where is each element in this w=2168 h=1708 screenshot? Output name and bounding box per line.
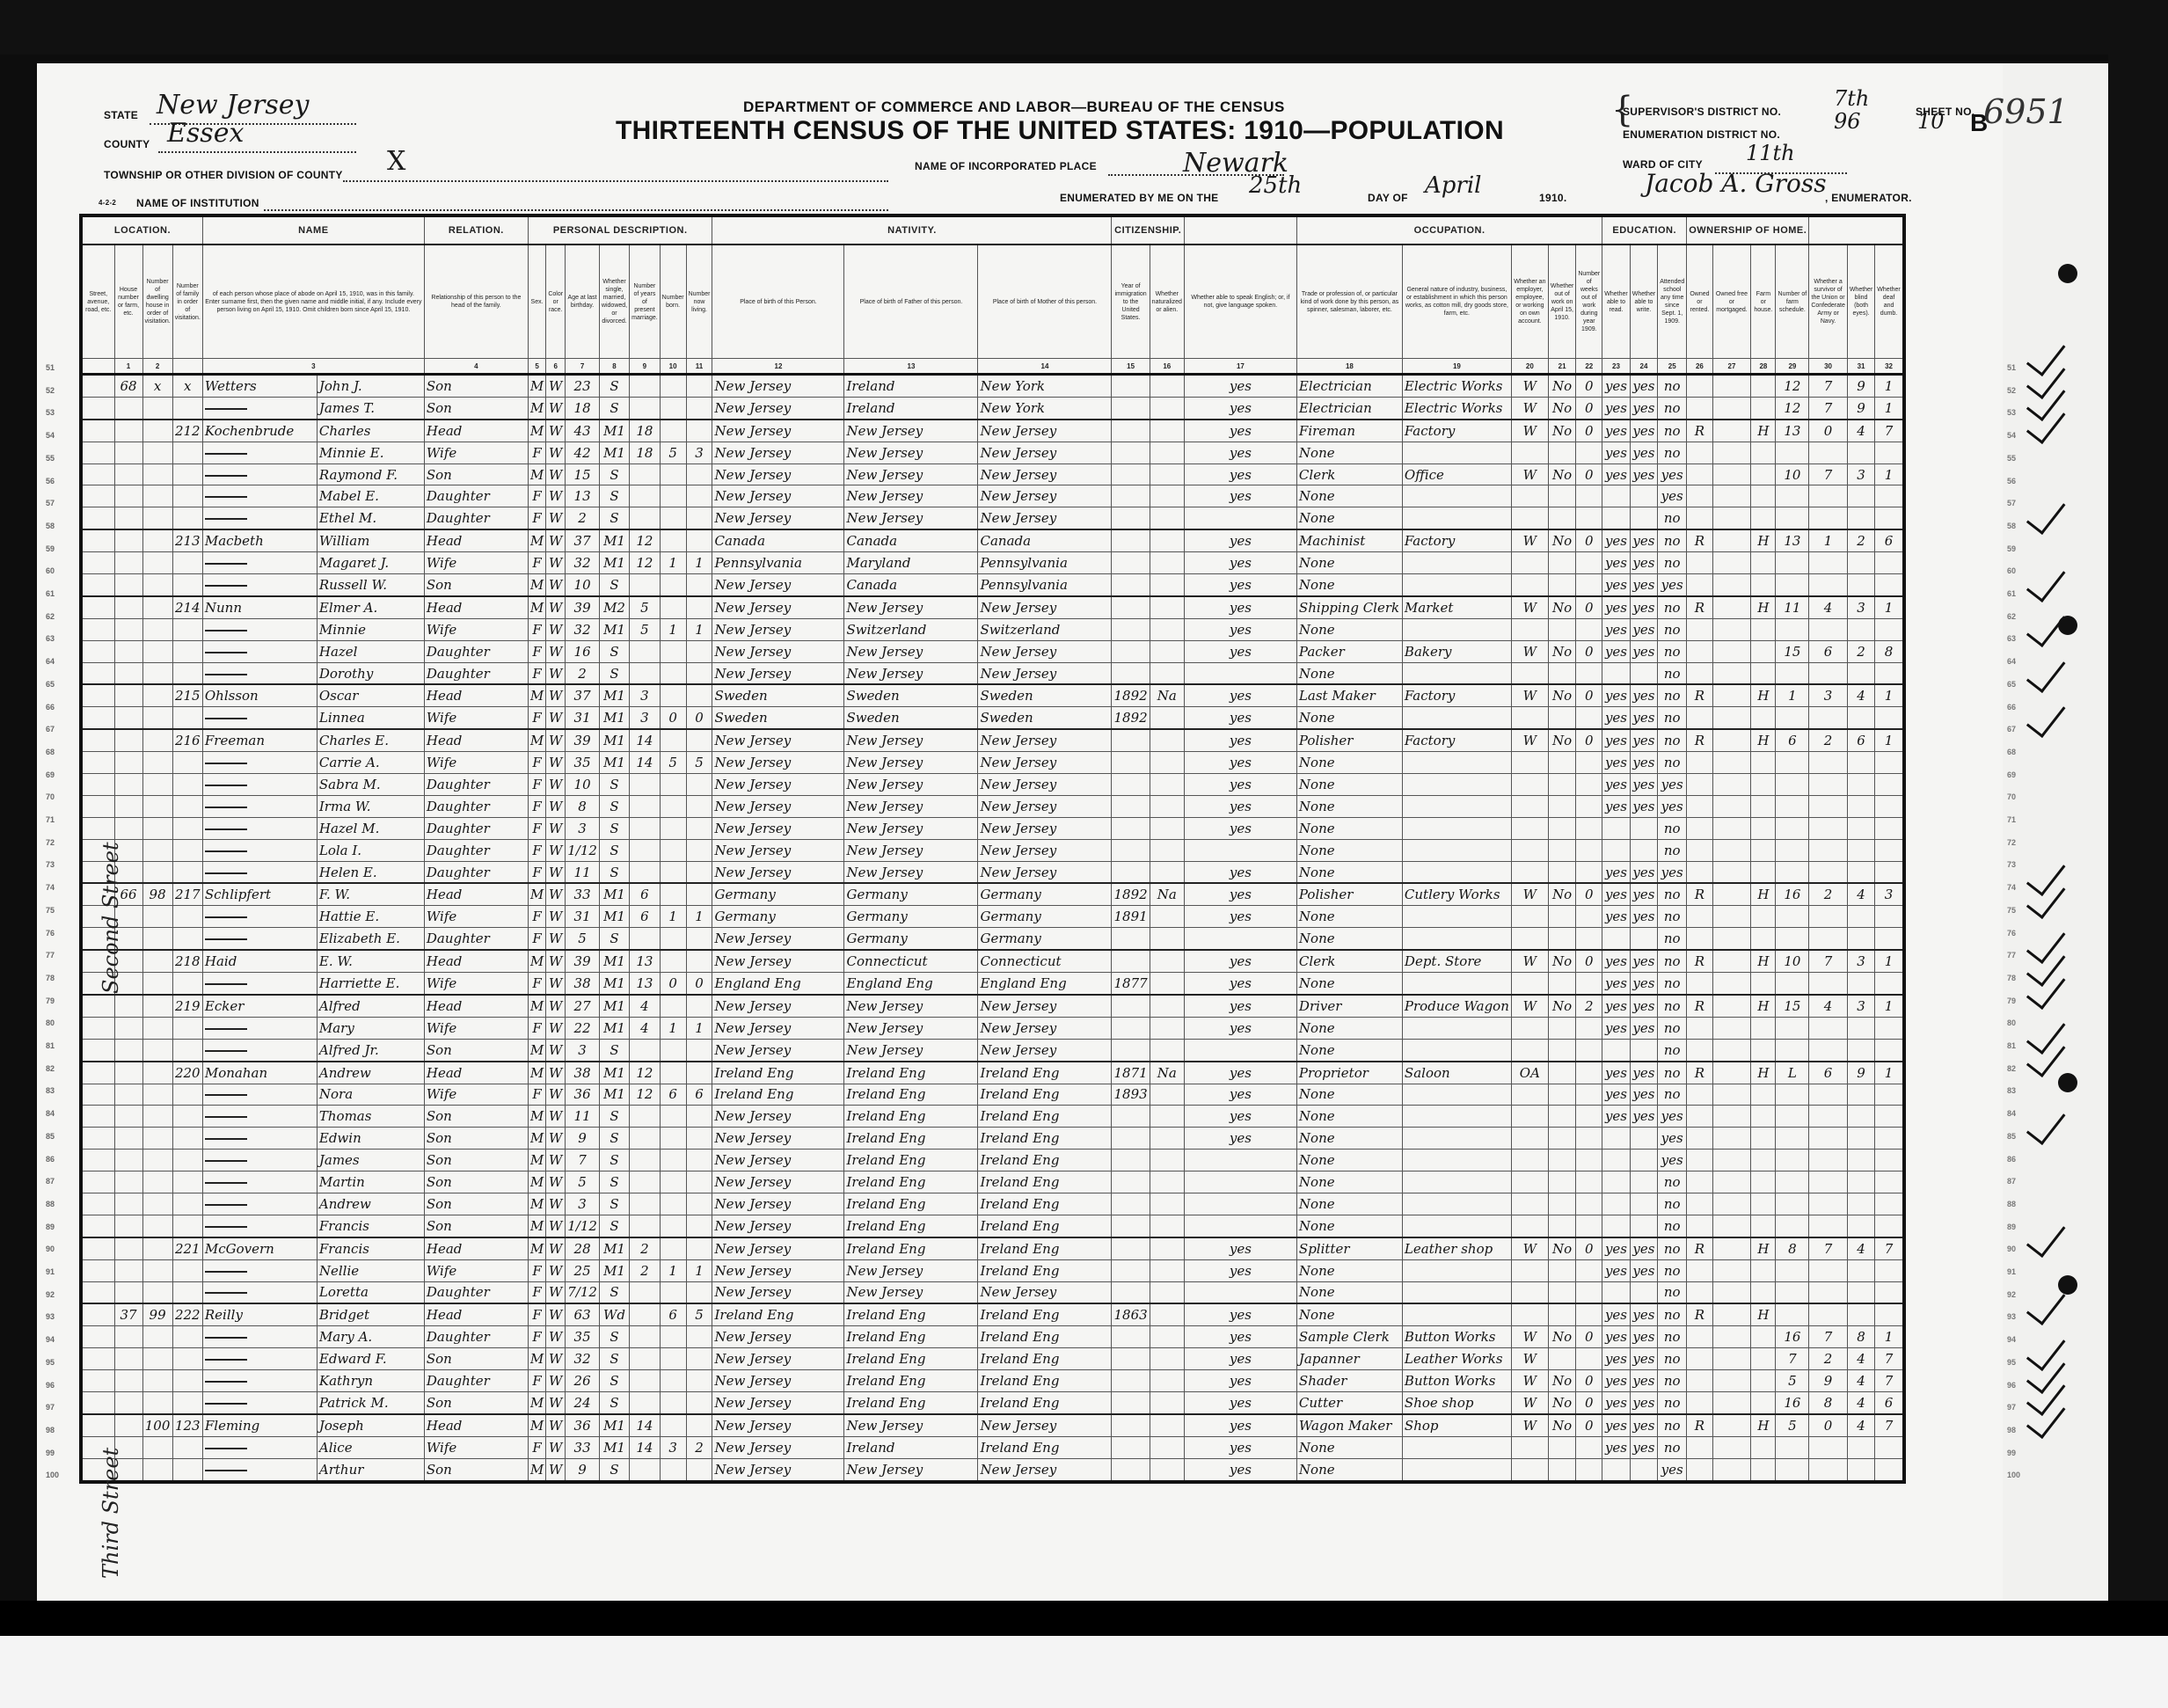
free-mortgaged-cell (1712, 1039, 1751, 1061)
farm-schedule-text: 10 (1784, 467, 1800, 483)
immigration-year-cell (1112, 1172, 1150, 1193)
birthplace-text: New Jersey (714, 1351, 791, 1367)
birthplace-cell: Germany (712, 906, 844, 928)
years-married-cell (630, 1326, 661, 1348)
veteran-cell (1809, 1436, 1848, 1458)
deaf-dumb-text: 1 (1885, 1329, 1894, 1345)
ditto-dash-icon (205, 1292, 247, 1294)
weeks-out-of-work-text: 0 (1585, 1418, 1594, 1434)
race-text: W (549, 1152, 562, 1168)
children-living-cell (686, 662, 712, 684)
deaf-dumb-cell: 1 (1875, 397, 1904, 419)
marital-status-cell: S (599, 839, 629, 861)
table-row: Helen E.DaughterFW11SNew JerseyNew Jerse… (81, 861, 1904, 883)
immigration-year-cell (1112, 729, 1150, 751)
naturalized-cell (1150, 507, 1184, 529)
free-mortgaged-cell (1712, 1348, 1751, 1370)
blind-text: 4 (1857, 1418, 1865, 1434)
deaf-dumb-cell: 7 (1875, 1414, 1904, 1436)
marital-status-text: S (610, 378, 618, 394)
industry-text: Bakery (1405, 644, 1452, 660)
family-number-cell (172, 574, 202, 596)
family-number-cell (172, 1436, 202, 1458)
race-cell: W (546, 1106, 566, 1128)
children-living-cell: 1 (686, 906, 712, 928)
speaks-english-text: yes (1230, 1130, 1252, 1146)
attended-school-cell: no (1658, 950, 1687, 972)
blind-text: 9 (1857, 1065, 1865, 1081)
attended-school-cell: no (1658, 640, 1687, 662)
given-name-cell: F. W. (317, 883, 424, 905)
given-name-text: Elizabeth E. (319, 931, 400, 946)
veteran-cell: 7 (1809, 950, 1848, 972)
surname-cell (202, 861, 317, 883)
birthplace-text: New Jersey (714, 577, 791, 593)
marital-status-text: S (610, 577, 618, 593)
children-living-cell (686, 817, 712, 839)
can-read-text: yes (1605, 445, 1627, 461)
attended-school-cell: no (1658, 906, 1687, 928)
father-birthplace-cell: New Jersey (844, 463, 978, 485)
immigration-year-cell (1112, 1039, 1150, 1061)
veteran-cell (1809, 795, 1848, 817)
years-married-text: 2 (640, 1263, 649, 1279)
race-text: W (549, 1440, 562, 1456)
mother-birthplace-cell: Ireland Eng (978, 1193, 1112, 1215)
farm-house-cell (1751, 1106, 1776, 1128)
age-cell: 37 (566, 684, 600, 706)
immigration-year-cell: 1877 (1112, 973, 1150, 995)
farm-schedule-cell (1776, 861, 1809, 883)
owned-rented-text: R (1695, 688, 1704, 704)
ditto-dash-icon (205, 807, 247, 808)
family-number-cell (172, 928, 202, 950)
children-living-text: 0 (695, 710, 704, 726)
given-name-text: Bridget (319, 1307, 369, 1323)
free-mortgaged-cell (1712, 995, 1751, 1017)
line-number: 79 (2007, 996, 2016, 1005)
can-write-cell: yes (1630, 463, 1657, 485)
weeks-out-of-work-cell (1576, 552, 1602, 574)
marital-status-text: S (610, 488, 618, 504)
father-birthplace-text: New Jersey (846, 799, 923, 814)
deaf-dumb-text: 1 (1885, 953, 1894, 969)
trade-text: Proprietor (1299, 1065, 1369, 1081)
surname-cell (202, 1017, 317, 1039)
birthplace-text: New Jersey (714, 400, 791, 416)
free-mortgaged-cell (1712, 928, 1751, 950)
race-cell: W (546, 817, 566, 839)
owned-rented-text: R (1695, 887, 1704, 902)
relation-cell: Head (424, 1414, 528, 1436)
mother-birthplace-cell: Germany (978, 883, 1112, 905)
children-living-cell (686, 1326, 712, 1348)
table-row: KathrynDaughterFW26SNew JerseyIreland En… (81, 1370, 1904, 1392)
sex-cell: M (528, 397, 545, 419)
sex-cell: M (528, 1215, 545, 1237)
column-number: 6 (546, 359, 566, 375)
line-number: 54 (2007, 431, 2016, 440)
race-text: W (549, 533, 562, 549)
speaks-english-text: yes (1230, 445, 1252, 461)
house-number-cell (114, 774, 142, 796)
deaf-dumb-cell: 7 (1875, 420, 1904, 442)
veteran-text: 7 (1824, 378, 1833, 394)
naturalized-cell (1150, 729, 1184, 751)
can-write-cell (1630, 485, 1657, 507)
marital-status-text: M1 (603, 1086, 625, 1102)
race-cell: W (546, 1391, 566, 1413)
speaks-english-cell: yes (1184, 552, 1296, 574)
children-living-cell (686, 463, 712, 485)
relation-cell: Son (424, 397, 528, 419)
farm-schedule-text: 1 (1788, 688, 1797, 704)
can-write-text: yes (1632, 622, 1654, 638)
line-number: 81 (46, 1041, 55, 1050)
marital-status-cell: S (599, 1326, 629, 1348)
relation-text: Daughter (427, 666, 490, 682)
sex-text: M (530, 467, 544, 483)
veteran-cell: 4 (1809, 596, 1848, 618)
father-birthplace-cell: Ireland Eng (844, 1084, 978, 1106)
farm-schedule-text: L (1788, 1065, 1797, 1081)
blind-cell: 4 (1847, 883, 1874, 905)
owned-rented-cell (1687, 707, 1712, 729)
children-born-cell (660, 397, 686, 419)
table-row: 218HaidE. W.HeadMW39M113New JerseyConnec… (81, 950, 1904, 972)
marital-status-text: M1 (603, 953, 625, 969)
blind-cell (1847, 1259, 1874, 1281)
relation-cell: Son (424, 1348, 528, 1370)
deaf-dumb-text: 1 (1885, 998, 1894, 1014)
attended-school-cell: no (1658, 552, 1687, 574)
street-cell (81, 995, 114, 1017)
department-title: DEPARTMENT OF COMMERCE AND LABOR—BUREAU … (743, 99, 1285, 116)
township-value: X (387, 146, 405, 177)
attended-school-text: no (1664, 1086, 1681, 1102)
immigration-year-cell (1112, 1017, 1150, 1039)
relation-cell: Head (424, 950, 528, 972)
race-text: W (549, 1284, 562, 1300)
farm-schedule-cell (1776, 752, 1809, 774)
years-married-cell (630, 1128, 661, 1150)
can-write-text: yes (1632, 644, 1654, 660)
employment-class-cell: W (1511, 1237, 1548, 1259)
sex-cell: M (528, 1391, 545, 1413)
deaf-dumb-cell (1875, 752, 1904, 774)
table-row: 212KochenbrudeCharlesHeadMW43M118New Jer… (81, 420, 1904, 442)
can-read-cell: yes (1602, 883, 1630, 905)
deaf-dumb-text: 8 (1885, 644, 1894, 660)
speaks-english-cell (1184, 662, 1296, 684)
sex-text: M (530, 1065, 544, 1081)
age-text: 39 (574, 953, 591, 969)
years-married-text: 14 (636, 733, 653, 748)
family-number-cell (172, 817, 202, 839)
birthplace-text: New Jersey (714, 1329, 791, 1345)
industry-cell (1402, 1303, 1511, 1325)
speaks-english-cell: yes (1184, 420, 1296, 442)
out-of-work-text: No (1552, 1395, 1572, 1411)
marital-status-text: S (610, 1130, 618, 1146)
trade-text: None (1299, 622, 1335, 638)
children-living-cell: 1 (686, 1017, 712, 1039)
race-text: W (549, 622, 562, 638)
attended-school-text: yes (1661, 1108, 1683, 1124)
free-mortgaged-cell (1712, 463, 1751, 485)
speaks-english-text: yes (1230, 555, 1252, 571)
free-mortgaged-cell (1712, 1128, 1751, 1150)
race-cell: W (546, 640, 566, 662)
mother-birthplace-text: Ireland Eng (980, 1329, 1059, 1345)
dwelling-number-cell (142, 1326, 172, 1348)
attended-school-text: no (1664, 931, 1681, 946)
given-name-cell: Magaret J. (317, 552, 424, 574)
family-number-cell: 217 (172, 883, 202, 905)
line-number: 59 (46, 544, 55, 553)
dwelling-number-cell (142, 1106, 172, 1128)
mother-birthplace-text: Germany (980, 909, 1040, 924)
marital-status-text: S (610, 1462, 618, 1478)
birthplace-cell: New Jersey (712, 729, 844, 751)
industry-cell: Produce Wagon (1402, 995, 1511, 1017)
speaks-english-text: yes (1230, 1065, 1252, 1081)
mother-birthplace-cell: Ireland Eng (978, 1084, 1112, 1106)
farm-schedule-cell: 12 (1776, 397, 1809, 419)
line-number: 97 (2007, 1403, 2016, 1412)
column-number: 11 (686, 359, 712, 375)
attended-school-cell: no (1658, 420, 1687, 442)
can-read-cell (1602, 839, 1630, 861)
owned-rented-text: R (1695, 1307, 1704, 1323)
employment-class-cell (1511, 752, 1548, 774)
out-of-work-cell (1548, 1193, 1575, 1215)
surname-cell: Ecker (202, 995, 317, 1017)
race-text: W (549, 821, 562, 836)
weeks-out-of-work-cell (1576, 1039, 1602, 1061)
speaks-english-cell: yes (1184, 442, 1296, 463)
farm-house-cell: H (1751, 1237, 1776, 1259)
blind-text: 9 (1857, 378, 1865, 394)
deaf-dumb-text: 6 (1885, 1395, 1894, 1411)
birthplace-text: New Jersey (714, 378, 791, 394)
attended-school-text: no (1664, 909, 1681, 924)
years-married-cell (630, 662, 661, 684)
industry-cell: Factory (1402, 684, 1511, 706)
given-name-text: Edward F. (319, 1351, 387, 1367)
birthplace-text: New Jersey (714, 1152, 791, 1168)
race-text: W (549, 887, 562, 902)
relation-cell: Son (424, 1106, 528, 1128)
out-of-work-cell: No (1548, 1370, 1575, 1392)
children-born-text: 1 (668, 1020, 677, 1036)
dwelling-number-cell (142, 1281, 172, 1303)
marital-status-text: S (610, 666, 618, 682)
age-cell: 18 (566, 397, 600, 419)
naturalized-cell (1150, 574, 1184, 596)
farm-house-cell (1751, 928, 1776, 950)
birthplace-cell: New Jersey (712, 1150, 844, 1172)
house-number-cell (114, 552, 142, 574)
attended-school-cell: yes (1658, 574, 1687, 596)
marital-status-cell: S (599, 1215, 629, 1237)
father-birthplace-text: Ireland Eng (846, 1196, 925, 1212)
years-married-cell (630, 1281, 661, 1303)
street-cell (81, 729, 114, 751)
can-write-text: yes (1632, 710, 1654, 726)
marital-status-cell: S (599, 640, 629, 662)
trade-text: None (1299, 799, 1335, 814)
children-living-cell (686, 485, 712, 507)
employment-class-cell (1511, 507, 1548, 529)
years-married-cell: 12 (630, 1062, 661, 1084)
immigration-year-cell (1112, 397, 1150, 419)
line-number: 66 (2007, 703, 2016, 712)
relation-cell: Son (424, 1150, 528, 1172)
can-read-text: yes (1605, 577, 1627, 593)
naturalized-cell (1150, 1193, 1184, 1215)
race-cell: W (546, 442, 566, 463)
relation-text: Daughter (427, 488, 490, 504)
section-education: EDUCATION. (1602, 215, 1687, 245)
birthplace-cell: Ireland Eng (712, 1062, 844, 1084)
given-name-cell: Harriette E. (317, 973, 424, 995)
children-living-cell (686, 1106, 712, 1128)
father-birthplace-text: Germany (846, 887, 907, 902)
mother-birthplace-cell: New Jersey (978, 463, 1112, 485)
sex-cell: M (528, 1237, 545, 1259)
out-of-work-cell (1548, 1106, 1575, 1128)
children-living-cell (686, 1193, 712, 1215)
mother-birthplace-text: New Jersey (980, 821, 1056, 836)
birthplace-text: New Jersey (714, 865, 791, 880)
years-married-cell: 4 (630, 1017, 661, 1039)
sex-cell: M (528, 463, 545, 485)
weeks-out-of-work-text: 0 (1585, 887, 1594, 902)
surname-cell: Wetters (202, 375, 317, 398)
weeks-out-of-work-text: 0 (1585, 953, 1594, 969)
enumerator-label: , Enumerator. (1825, 192, 1912, 204)
trade-cell: None (1296, 1215, 1402, 1237)
can-read-cell: yes (1602, 463, 1630, 485)
blind-cell: 2 (1847, 640, 1874, 662)
mother-birthplace-cell: New Jersey (978, 729, 1112, 751)
immigration-year-cell (1112, 752, 1150, 774)
father-birthplace-text: Ireland Eng (846, 1351, 925, 1367)
race-cell: W (546, 861, 566, 883)
marital-status-text: M1 (603, 733, 625, 748)
owned-rented-cell (1687, 817, 1712, 839)
attended-school-cell: yes (1658, 1106, 1687, 1128)
relation-cell: Daughter (424, 861, 528, 883)
sex-text: M (530, 1395, 544, 1411)
naturalized-cell (1150, 928, 1184, 950)
out-of-work-cell (1548, 1150, 1575, 1172)
farm-schedule-cell (1776, 839, 1809, 861)
children-living-text: 1 (695, 555, 704, 571)
birthplace-cell: New Jersey (712, 463, 844, 485)
birthplace-text: New Jersey (714, 1373, 791, 1389)
family-number-cell: 212 (172, 420, 202, 442)
trade-text: None (1299, 510, 1335, 526)
farm-house-cell (1751, 1391, 1776, 1413)
age-cell: 39 (566, 729, 600, 751)
state-value: New Jersey (157, 90, 309, 120)
father-birthplace-cell: England Eng (844, 973, 978, 995)
house-number-cell (114, 596, 142, 618)
race-text: W (549, 1042, 562, 1058)
race-text: W (549, 1196, 562, 1212)
children-living-cell (686, 420, 712, 442)
line-number: 94 (46, 1335, 55, 1344)
age-cell: 28 (566, 1237, 600, 1259)
marital-status-text: S (610, 1395, 618, 1411)
farm-house-cell (1751, 1172, 1776, 1193)
can-write-cell: yes (1630, 1106, 1657, 1128)
relation-cell: Wife (424, 552, 528, 574)
surname-cell (202, 1106, 317, 1128)
mother-birthplace-cell: Switzerland (978, 618, 1112, 640)
marital-status-text: S (610, 1329, 618, 1345)
mother-birthplace-cell: England Eng (978, 973, 1112, 995)
years-married-cell: 2 (630, 1237, 661, 1259)
mother-birthplace-cell: Connecticut (978, 950, 1112, 972)
industry-cell (1402, 1150, 1511, 1172)
dwelling-number-cell (142, 1348, 172, 1370)
weeks-out-of-work-cell (1576, 442, 1602, 463)
line-number: 91 (46, 1267, 55, 1276)
given-name-text: John J. (319, 378, 362, 394)
attended-school-text: no (1664, 1020, 1681, 1036)
house-number-cell (114, 1215, 142, 1237)
mother-birthplace-cell: Ireland Eng (978, 1062, 1112, 1084)
line-number: 72 (2007, 838, 2016, 847)
trade-cell: Sample Clerk (1296, 1326, 1402, 1348)
race-cell: W (546, 928, 566, 950)
can-read-text: yes (1605, 953, 1627, 969)
industry-text: Cutlery Works (1405, 887, 1500, 902)
speaks-english-cell (1184, 1039, 1296, 1061)
trade-text: None (1299, 821, 1335, 836)
race-cell: W (546, 707, 566, 729)
industry-cell (1402, 1259, 1511, 1281)
table-row: 100123FlemingJosephHeadMW36M114New Jerse… (81, 1414, 1904, 1436)
age-text: 7 (578, 1152, 587, 1168)
age-cell: 39 (566, 596, 600, 618)
attended-school-cell: no (1658, 1259, 1687, 1281)
surname-cell (202, 1084, 317, 1106)
house-number-cell (114, 1172, 142, 1193)
speaks-english-cell: yes (1184, 795, 1296, 817)
column-number: 19 (1402, 359, 1511, 375)
street-cell (81, 420, 114, 442)
farm-house-cell (1751, 1370, 1776, 1392)
can-read-text: yes (1605, 710, 1627, 726)
trade-text: Last Maker (1299, 688, 1376, 704)
years-married-text: 5 (640, 622, 649, 638)
speaks-english-cell (1184, 928, 1296, 950)
given-name-text: Raymond F. (319, 467, 398, 483)
blind-cell (1847, 1281, 1874, 1303)
deaf-dumb-cell: 1 (1875, 375, 1904, 398)
mother-birthplace-text: Ireland Eng (980, 1130, 1059, 1146)
naturalized-text: Na (1157, 887, 1177, 902)
line-number: 82 (2007, 1064, 2016, 1073)
house-number-cell (114, 662, 142, 684)
can-read-text: yes (1605, 1307, 1627, 1323)
trade-text: Splitter (1299, 1241, 1350, 1257)
family-number-cell (172, 1106, 202, 1128)
